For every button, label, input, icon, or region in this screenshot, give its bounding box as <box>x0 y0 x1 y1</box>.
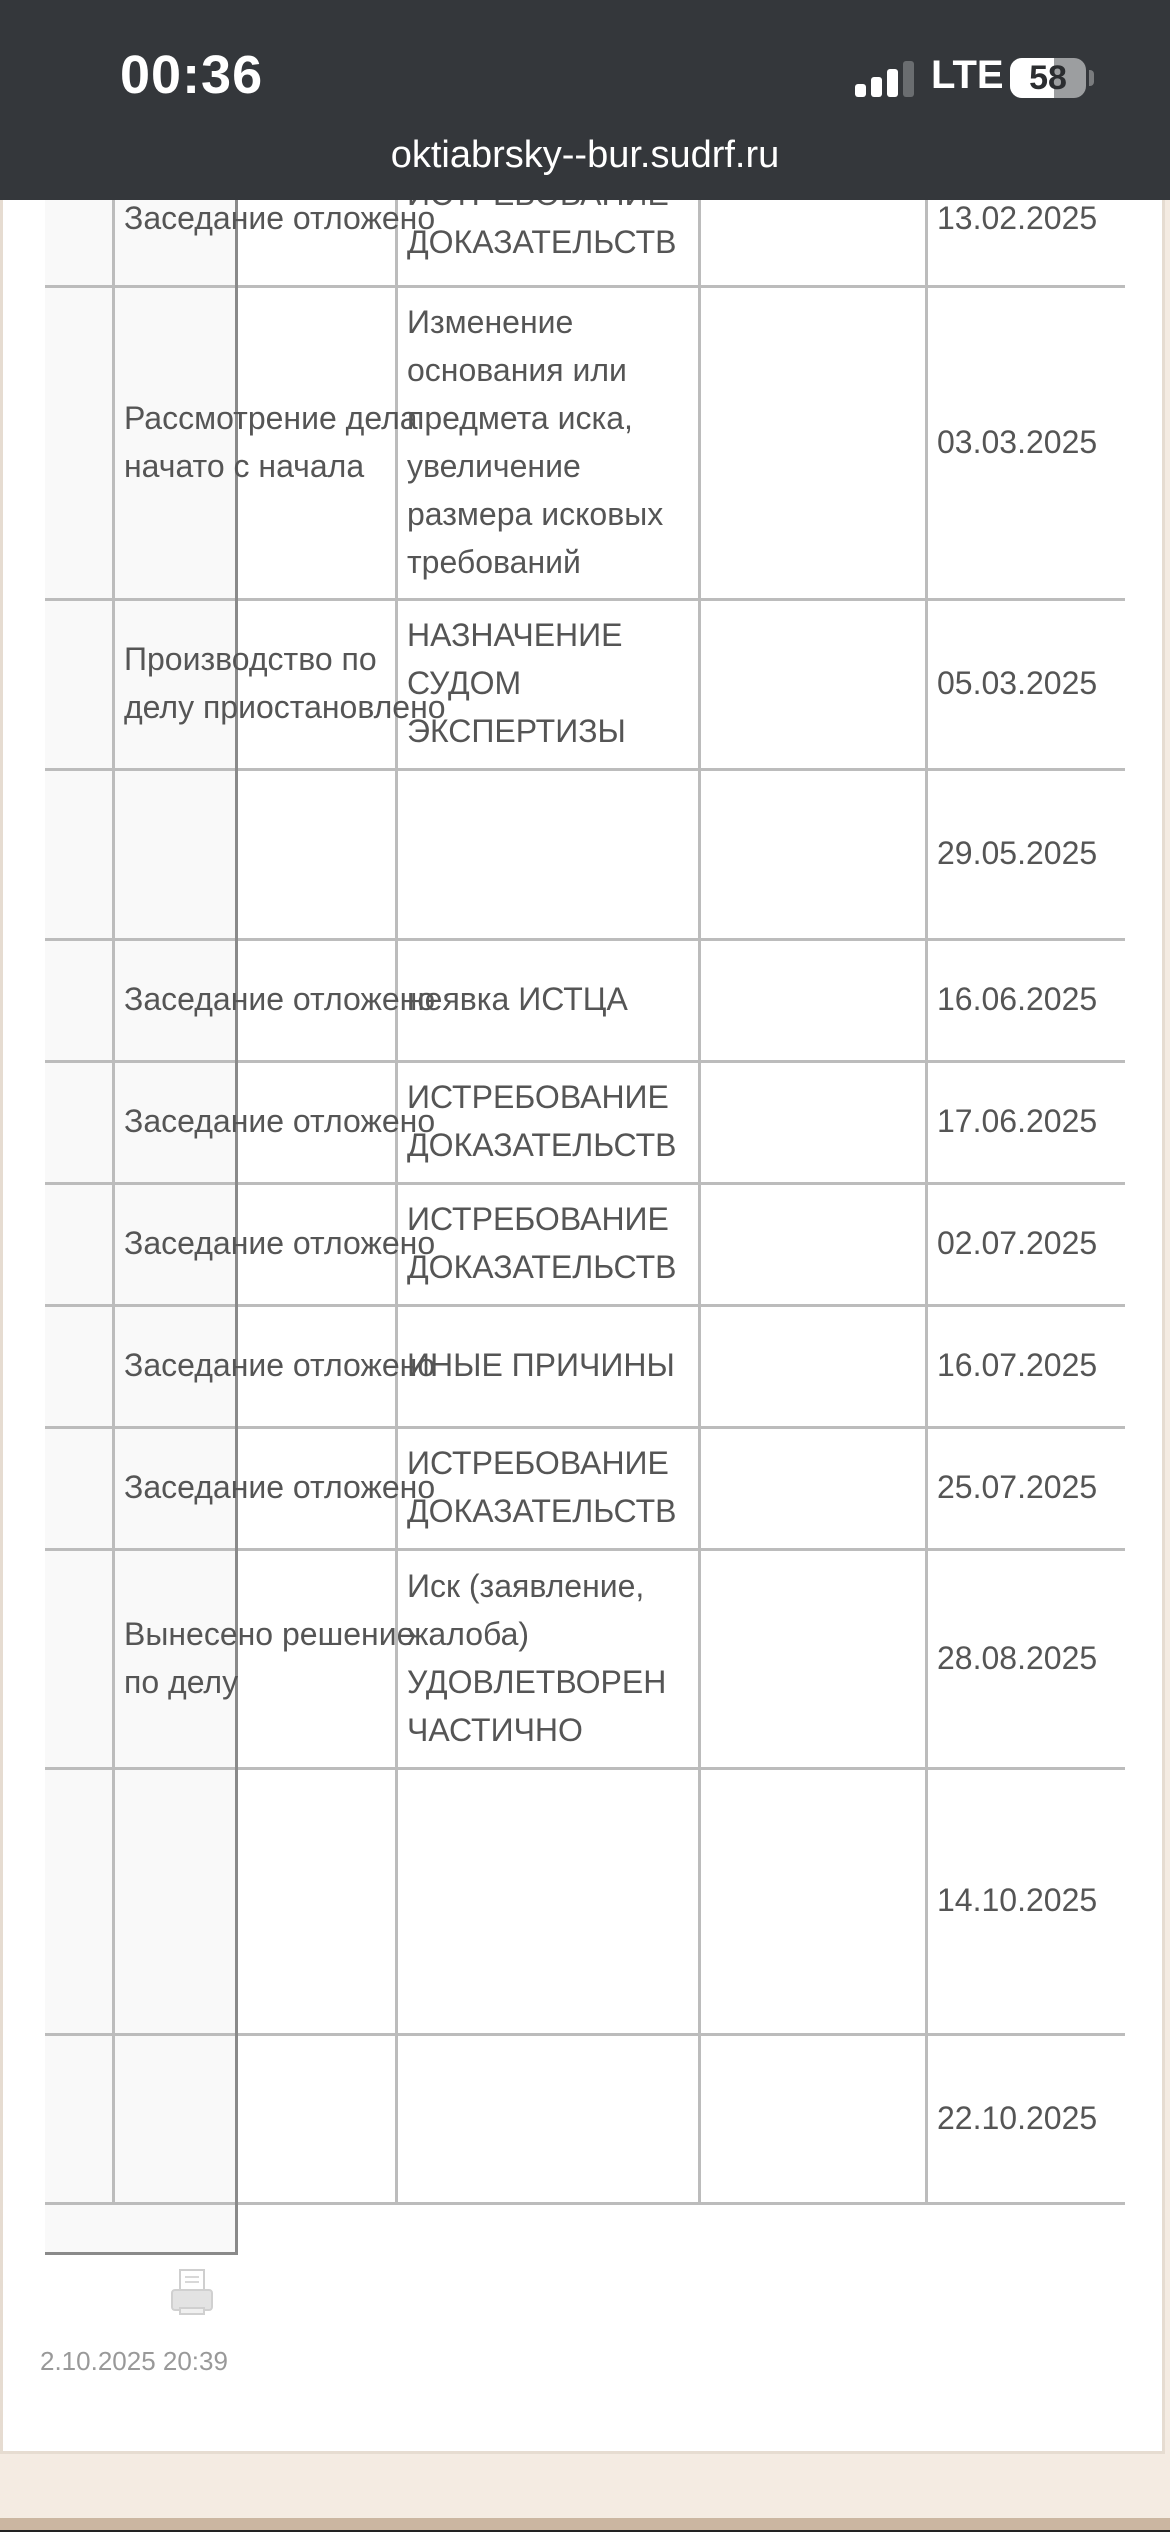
column-divider <box>112 150 115 2202</box>
row-date-cell: 03.03.2025 <box>929 285 1129 598</box>
row-date-cell: 16.07.2025 <box>929 1304 1129 1426</box>
status-bar: 00:36 LTE 58 oktiabrsky--bur.sudrf.ru <box>0 0 1170 200</box>
last-updated-timestamp: 2.10.2025 20:39 <box>40 2346 228 2377</box>
network-type: LTE <box>931 53 1004 98</box>
row-status-cell-overlay: Вынесено решение по делу <box>116 1548 446 1767</box>
row-date-cell: 14.10.2025 <box>929 1767 1129 2033</box>
clock: 00:36 <box>120 44 263 106</box>
row-status-cell-overlay: Заседание отложено <box>116 1304 446 1426</box>
row-status-cell-overlay: Заседание отложено <box>116 938 446 1060</box>
signal-bar <box>855 84 866 97</box>
battery-icon: 58 <box>1010 58 1086 98</box>
row-status-cell-overlay: Производство по делу приостановлено <box>116 598 446 768</box>
address-bar[interactable]: oktiabrsky--bur.sudrf.ru <box>0 134 1170 177</box>
signal-bar <box>871 77 882 97</box>
row-date-cell: 29.05.2025 <box>929 768 1129 938</box>
row-date-cell: 28.08.2025 <box>929 1548 1129 1767</box>
row-status-cell-overlay: Заседание отложено <box>116 1182 446 1304</box>
row-date-cell: 02.07.2025 <box>929 1182 1129 1304</box>
row-status-cell-overlay <box>116 2033 446 2202</box>
row-status-cell-overlay: Заседание отложено <box>116 1060 446 1182</box>
row-date-cell: 22.10.2025 <box>929 2033 1129 2202</box>
row-status-cell-overlay: Рассмотрение дела начато с начала <box>116 285 446 598</box>
column-divider <box>925 150 928 2204</box>
signal-bar <box>887 69 898 97</box>
signal-bar <box>903 61 914 97</box>
row-date-cell: 25.07.2025 <box>929 1426 1129 1548</box>
row-status-cell-overlay <box>116 768 446 938</box>
print-button[interactable] <box>170 2268 214 2318</box>
row-status-cell-overlay: Заседание отложено <box>116 1426 446 1548</box>
cellular-signal-icon <box>855 57 915 97</box>
battery-tip <box>1089 70 1094 86</box>
row-status-cell-overlay <box>116 1767 446 2033</box>
row-date-cell: 16.06.2025 <box>929 938 1129 1060</box>
row-divider <box>45 2202 235 2205</box>
row-date-cell: 17.06.2025 <box>929 1060 1129 1182</box>
row-date-cell: 05.03.2025 <box>929 598 1129 768</box>
court-case-movement-table: Заседание отложеноИСТРЕБОВАНИЕ ДОКАЗАТЕЛ… <box>0 0 1170 2532</box>
printer-icon <box>170 2268 214 2318</box>
battery-percent: 58 <box>1010 59 1086 98</box>
